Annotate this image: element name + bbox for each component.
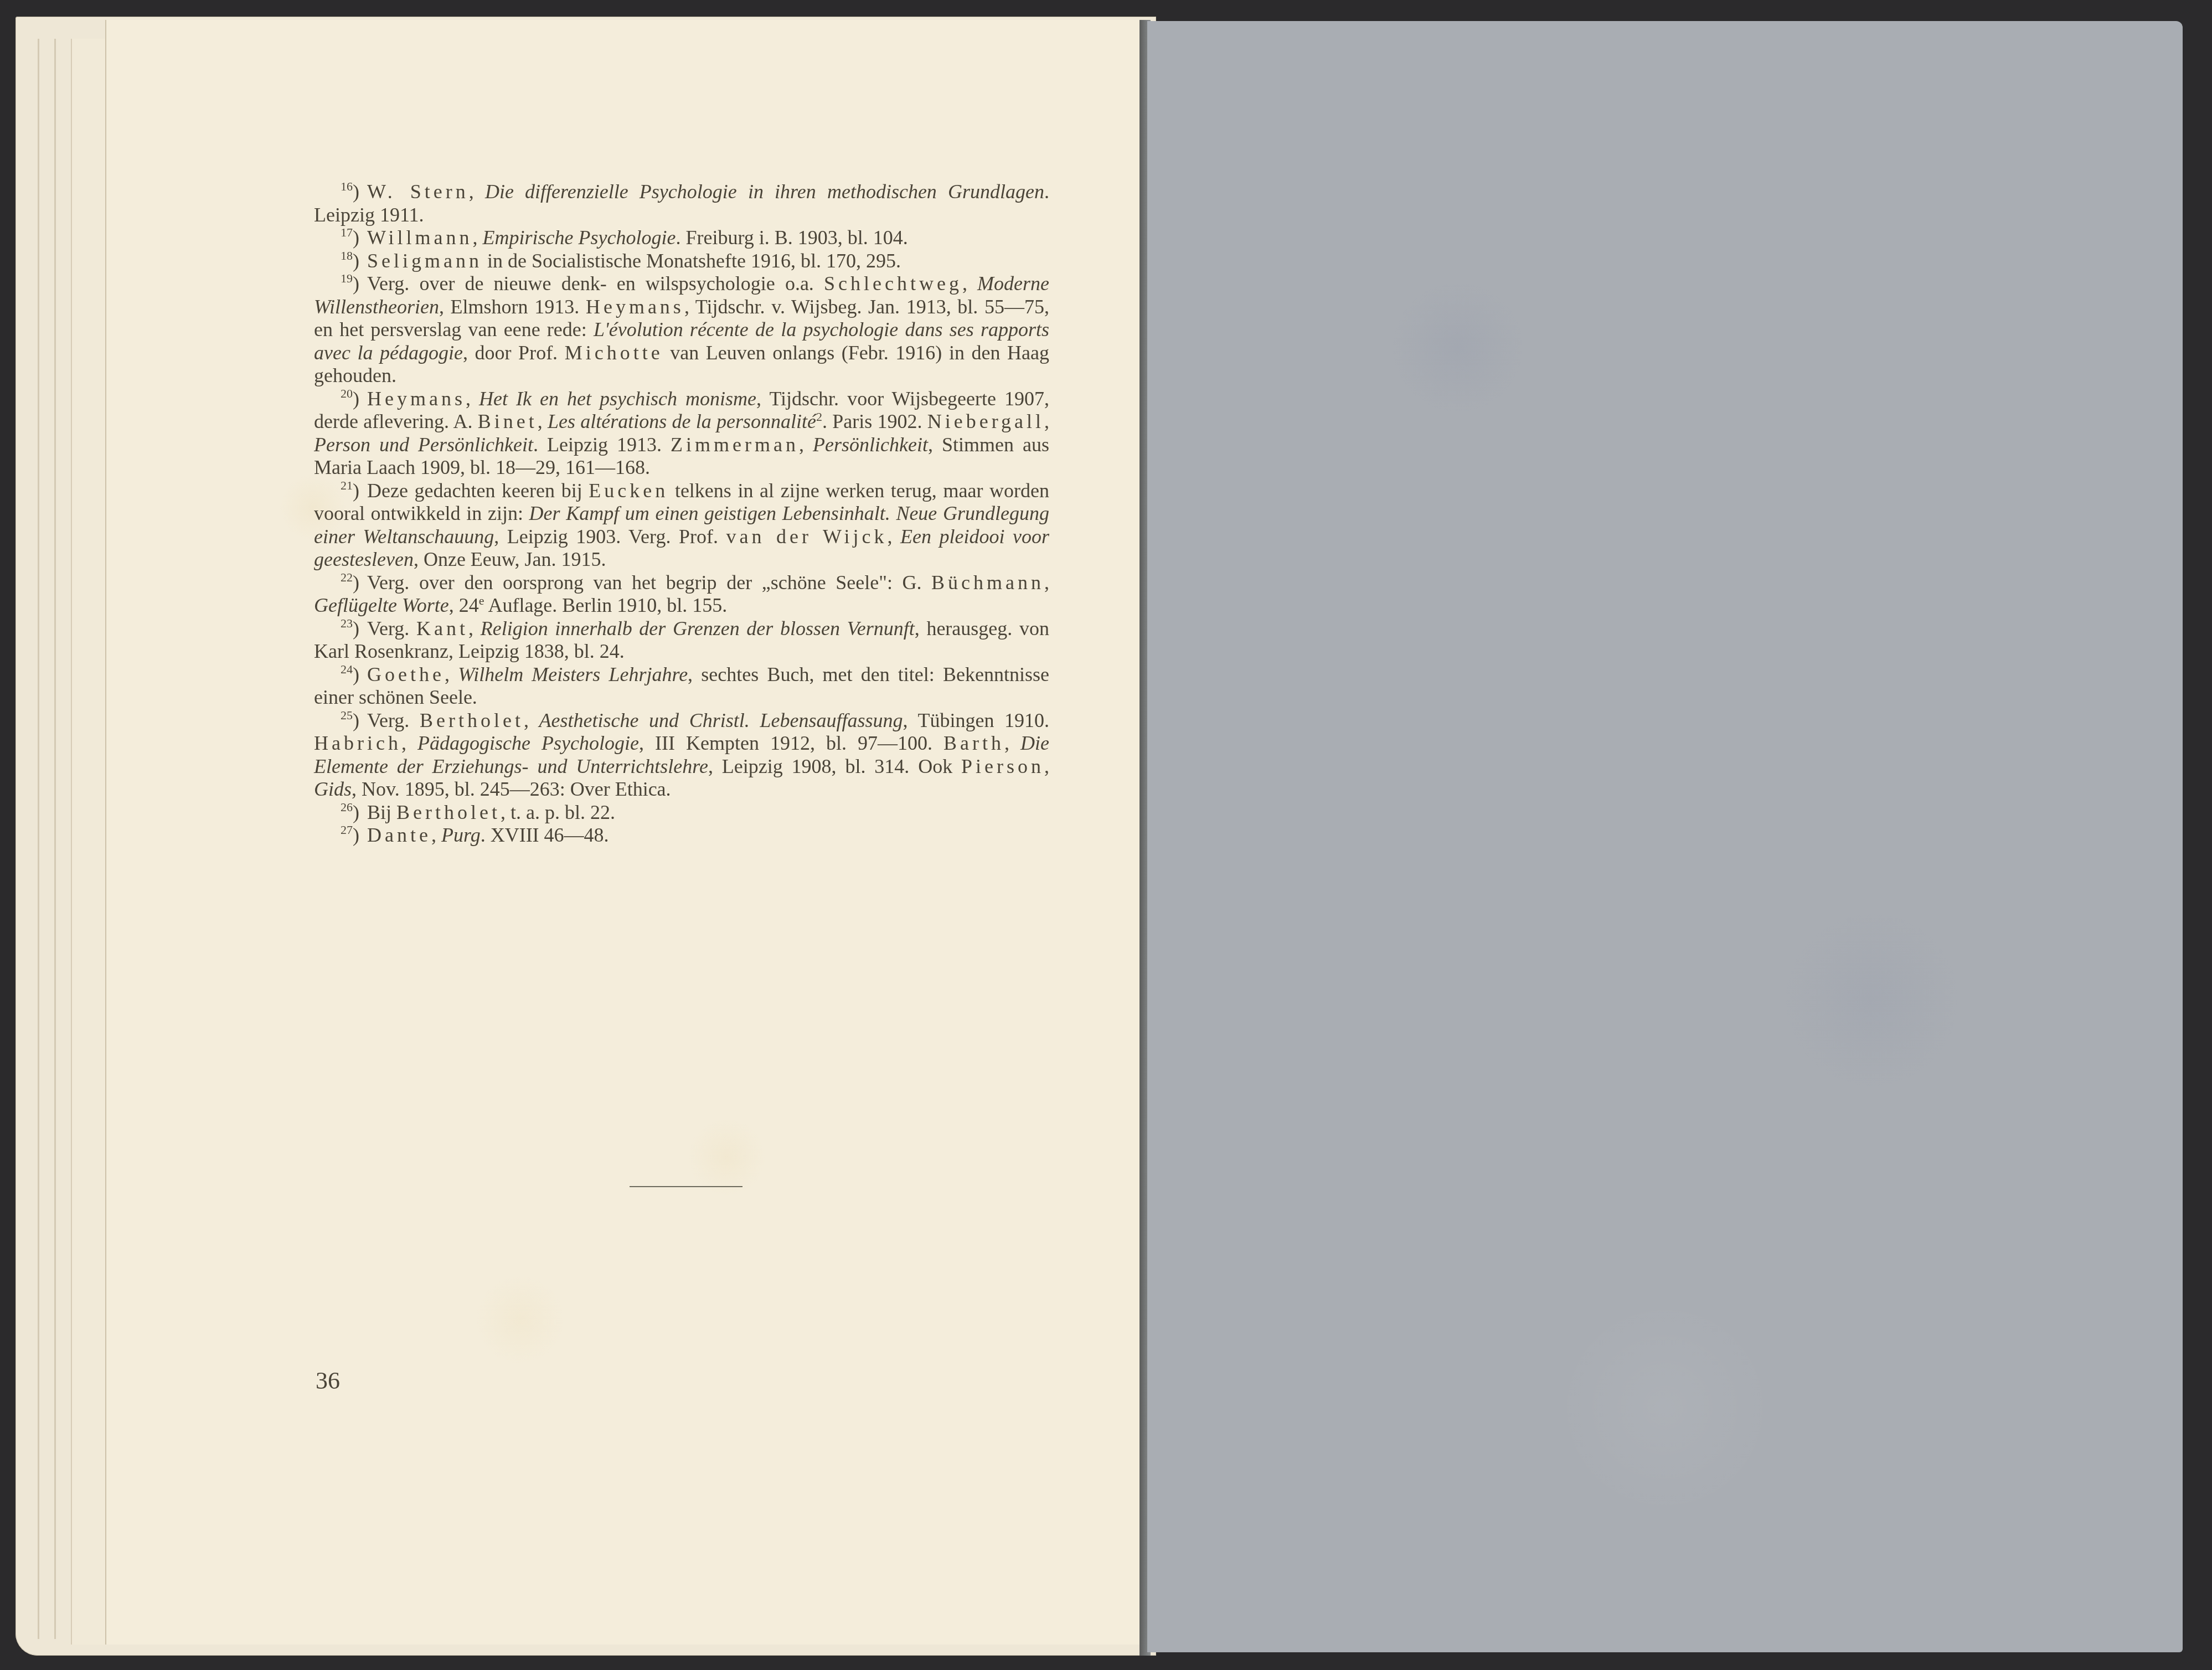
- footnote-number: 26: [341, 800, 353, 814]
- footnote-text: Verg.: [367, 709, 420, 731]
- footnote-20: 20)Heymans, Het Ik en het psychisch moni…: [314, 388, 1049, 480]
- footnotes-block: 16)W. Stern, Die differenzielle Psycholo…: [314, 181, 1049, 847]
- footnote-21: 21)Deze gedachten keeren bij Eucken telk…: [314, 480, 1049, 571]
- footnote-text: ,: [524, 709, 539, 731]
- footnote-text: , Onze Eeuw, Jan. 1915.: [414, 548, 606, 570]
- author-name: Seligmann: [367, 250, 482, 272]
- author-name: Büchmann: [931, 571, 1044, 594]
- footnote-paren: ): [353, 617, 359, 640]
- footnote-text: ,: [473, 226, 483, 249]
- author-name: Bertholet: [396, 801, 501, 823]
- footnote-text: Verg. over den oorsprong van het begrip …: [367, 571, 931, 594]
- footnote-paren: ): [353, 388, 359, 410]
- footnote-text: Verg. over de nieuwe denk- en wilspsycho…: [367, 272, 824, 295]
- footnote-text: . Freiburg i. B. 1903, bl. 104.: [676, 226, 908, 249]
- footnote-text: ,: [799, 434, 813, 456]
- footnote-number: 21: [341, 478, 353, 492]
- footnote-number: 18: [341, 249, 353, 262]
- work-title: Gids: [314, 778, 352, 800]
- author-name: Habrich: [314, 732, 401, 754]
- work-title: Pädagogische Psychologie: [417, 732, 639, 754]
- author-name: Kant: [416, 617, 468, 640]
- footnote-number: 16: [341, 179, 353, 193]
- footnote-paren: ): [353, 571, 359, 594]
- footnote-text: Bij: [367, 801, 396, 823]
- footnote-27: 27)Dante, Purg. XVIII 46—48.: [314, 824, 1049, 847]
- work-title: Persönlichkeit: [813, 434, 928, 456]
- author-name: Dante: [367, 824, 431, 846]
- footnote-text: ,: [466, 388, 479, 410]
- footnote-text: ,: [431, 824, 441, 846]
- author-name: Heymans: [367, 388, 466, 410]
- author-name: van der Wijck: [726, 525, 888, 548]
- footnote-text: 2: [816, 410, 822, 424]
- footnote-text: in de Socialistische Monatshefte 1916, b…: [482, 250, 901, 272]
- footnote-25: 25)Verg. Bertholet, Aesthetische und Chr…: [314, 709, 1049, 801]
- right-page-cover: [1147, 21, 2183, 1652]
- author-name: Goethe: [367, 663, 445, 685]
- author-name: Bertholet: [420, 709, 524, 731]
- footnote-paren: ): [353, 709, 359, 731]
- footnote-text: , t. a. p. bl. 22.: [501, 801, 615, 823]
- author-name: Binet: [478, 410, 538, 432]
- leaf-edge: [54, 39, 56, 1639]
- footnote-text: , Leipzig 1903. Verg. Prof.: [494, 525, 726, 548]
- author-name: Barth: [943, 732, 1004, 754]
- footnote-text: . Leipzig 1913.: [533, 434, 671, 456]
- footnote-text: ,: [468, 617, 481, 640]
- author-name: Willmann: [367, 226, 473, 249]
- footnote-text: , Tübingen 1910.: [903, 709, 1049, 731]
- footnote-paren: ): [353, 663, 359, 685]
- footnote-number: 24: [341, 662, 353, 676]
- footnote-text: , 24: [449, 594, 479, 616]
- footnote-number: 27: [341, 823, 353, 837]
- footnote-text: ,: [445, 663, 458, 685]
- footnote-number: 17: [341, 225, 353, 239]
- footnote-22: 22)Verg. over den oorsprong van het begr…: [314, 571, 1049, 617]
- footnote-text: . Paris 1902.: [822, 410, 927, 432]
- work-title: Religion innerhalb der Grenzen der bloss…: [481, 617, 915, 640]
- work-title: Purg: [441, 824, 481, 846]
- author-name: Pierson: [961, 755, 1044, 777]
- footnote-text: Auflage. Berlin 1910, bl. 155.: [484, 594, 727, 616]
- author-name: Zimmerman: [671, 434, 799, 456]
- author-name: Niebergall: [927, 410, 1044, 432]
- footnote-paren: ): [353, 272, 359, 295]
- footnote-paren: ): [353, 824, 359, 846]
- footnote-text: . XVIII 46—48.: [481, 824, 609, 846]
- work-title: Die differenzielle Psychologie in ihren …: [485, 181, 1044, 203]
- footnote-text: ,: [887, 525, 900, 548]
- footnote-text: ,: [1044, 410, 1049, 432]
- footnote-paren: ): [353, 181, 359, 203]
- work-title: Person und Persönlichkeit: [314, 434, 533, 456]
- footnote-number: 23: [341, 616, 353, 630]
- footnote-number: 20: [341, 386, 353, 400]
- footnote-text: ,: [538, 410, 548, 432]
- footnote-paren: ): [353, 250, 359, 272]
- footnote-23: 23)Verg. Kant, Religion innerhalb der Gr…: [314, 617, 1049, 663]
- footnote-text: ,: [401, 732, 417, 754]
- work-title: Les altérations de la personnalité: [548, 410, 816, 432]
- work-title: Aesthetische und Christl. Lebensauffassu…: [539, 709, 903, 731]
- footnote-number: 25: [341, 708, 353, 722]
- work-title: Geflügelte Worte: [314, 594, 449, 616]
- author-name: Schlechtweg: [824, 272, 962, 295]
- footnote-number: 22: [341, 570, 353, 584]
- author-name: Eucken: [589, 480, 668, 502]
- footnote-18: 18)Seligmann in de Socialistische Monats…: [314, 250, 1049, 273]
- footnote-text: e: [479, 594, 484, 607]
- footnote-paren: ): [353, 226, 359, 249]
- footnote-number: 19: [341, 271, 353, 285]
- author-name: Michotte: [565, 342, 663, 364]
- footnote-text: ,: [469, 181, 485, 203]
- footnote-text: ,: [1044, 755, 1049, 777]
- work-title: Het Ik en het psychisch monisme: [479, 388, 756, 410]
- footnote-text: , Leipzig 1908, bl. 314. Ook: [708, 755, 961, 777]
- work-title: Empirische Psychologie: [483, 226, 676, 249]
- footnote-paren: ): [353, 801, 359, 823]
- footnote-paren: ): [353, 480, 359, 502]
- end-rule: [630, 1186, 743, 1187]
- footnote-26: 26)Bij Bertholet, t. a. p. bl. 22.: [314, 801, 1049, 824]
- footnote-text: , Elmshorn 1913.: [439, 296, 586, 318]
- footnote-text: Deze gedachten keeren bij: [367, 480, 589, 502]
- author-name: Heymans: [586, 296, 684, 318]
- footnote-text: , door Prof.: [463, 342, 565, 364]
- footnote-text: , Nov. 1895, bl. 245—263: Over Ethica.: [352, 778, 671, 800]
- leaf-edge: [38, 39, 39, 1639]
- author-name: W. Stern: [367, 181, 469, 203]
- footnote-text: , III Kempten 1912, bl. 97—100.: [639, 732, 943, 754]
- footnote-16: 16)W. Stern, Die differenzielle Psycholo…: [314, 181, 1049, 226]
- footnote-text: ,: [962, 272, 977, 295]
- footnote-19: 19)Verg. over de nieuwe denk- en wilspsy…: [314, 272, 1049, 388]
- footnote-text: ,: [1004, 732, 1020, 754]
- footnote-text: Verg.: [367, 617, 416, 640]
- footnote-text: ,: [1044, 571, 1049, 594]
- footnote-24: 24)Goethe, Wilhelm Meisters Lehrjahre, s…: [314, 663, 1049, 709]
- work-title: Wilhelm Meisters Lehrjahre: [458, 663, 688, 685]
- footnote-17: 17)Willmann, Empirische Psychologie. Fre…: [314, 226, 1049, 250]
- page-number: 36: [316, 1367, 340, 1395]
